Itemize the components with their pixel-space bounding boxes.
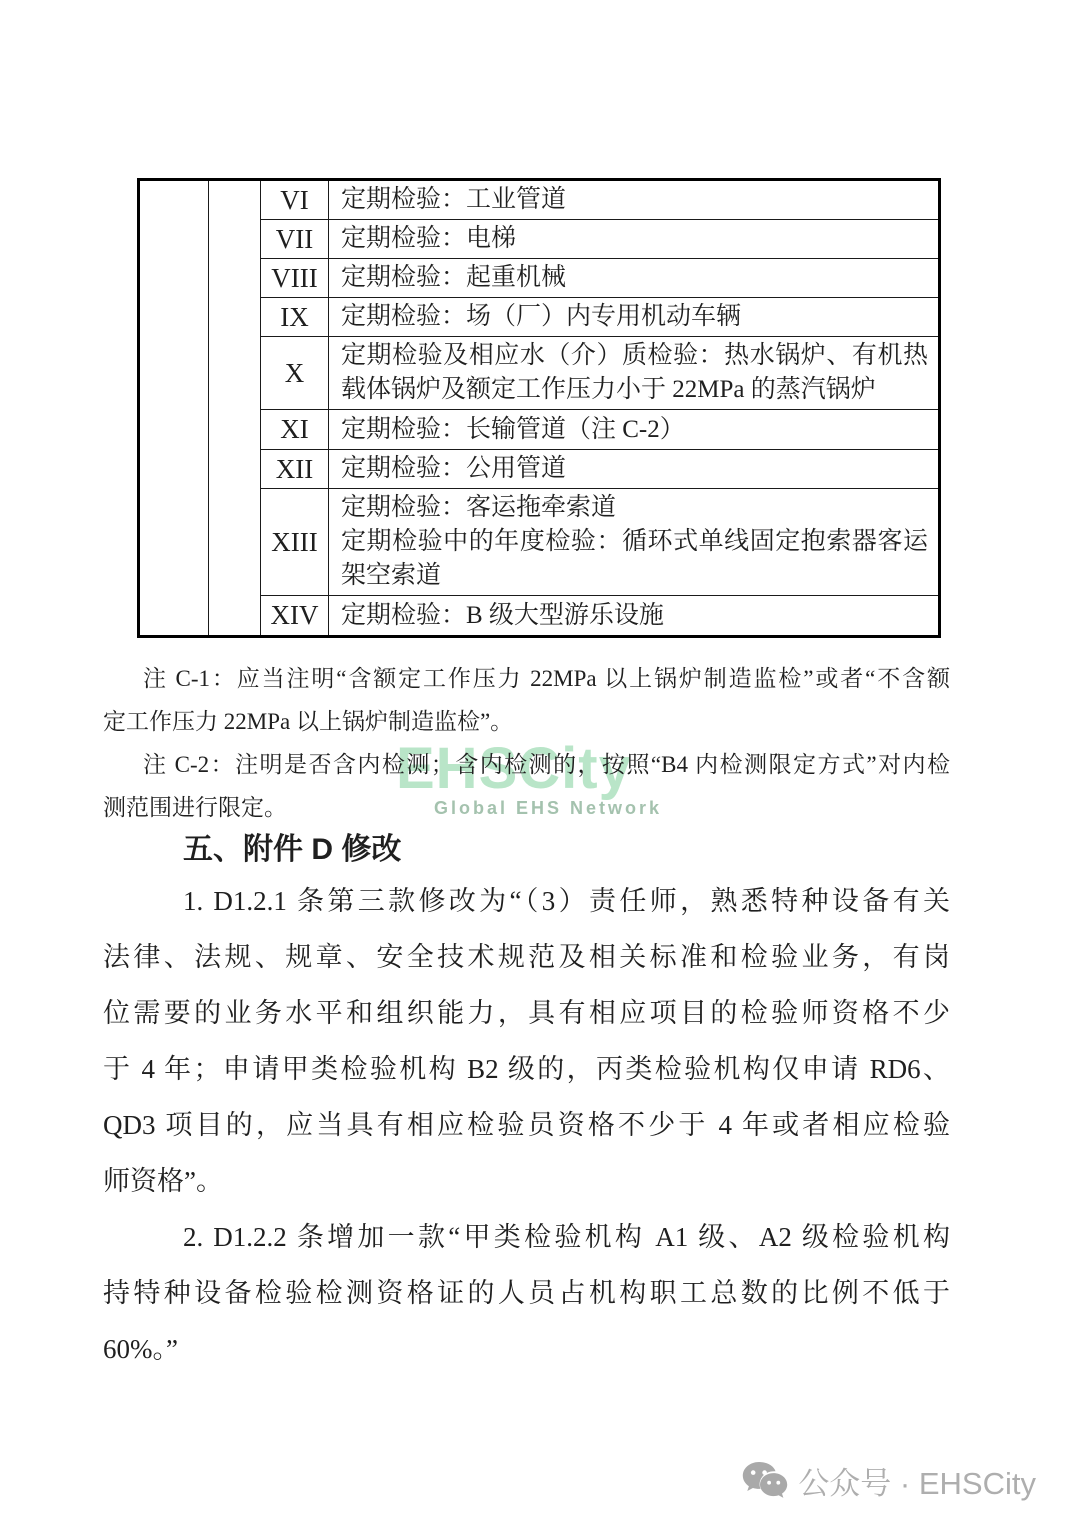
table-rownum-cell: XIV: [261, 596, 329, 637]
table-rownum-cell: X: [261, 337, 329, 410]
table-desc-cell: 定期检验：客运拖牵索道 定期检验中的年度检验：循环式单线固定抱索器客运架空索道: [329, 489, 940, 596]
note-line: 定工作压力 22MPa 以上锅炉制造监检”。: [103, 700, 950, 743]
table-desc-cell: 定期检验：工业管道: [329, 180, 940, 220]
note-line: 注 C-2：注明是否含内检测；含内检测的，按照“B4 内检测限定方式”对内检: [103, 743, 950, 786]
paragraph-d121: 1. D1.2.1 条第三款修改为“（3）责任师，熟悉特种设备有关 法律、法规、…: [103, 873, 950, 1209]
note-line: 测范围进行限定。: [103, 786, 950, 829]
table-desc-cell: 定期检验：公用管道: [329, 450, 940, 489]
paragraph-d122: 2. D1.2.2 条增加一款“甲类检验机构 A1 级、A2 级检验机构 持特种…: [103, 1209, 950, 1377]
note-c1: 注 C-1：应当注明“含额定工作压力 22MPa 以上锅炉制造监检”或者“不含额…: [103, 657, 950, 743]
table-desc-cell: 定期检验及相应水（介）质检验：热水锅炉、有机热载体锅炉及额定工作压力小于 22M…: [329, 337, 940, 410]
table-desc-cell: 定期检验：场（厂）内专用机动车辆: [329, 298, 940, 337]
table-rownum-cell: IX: [261, 298, 329, 337]
wechat-icon: [742, 1461, 788, 1501]
paragraph-line: 60%。”: [103, 1321, 950, 1377]
paragraph-line: 法律、法规、规章、安全技术规范及相关标准和检验业务，有岗: [103, 929, 950, 985]
table-rownum-cell: VI: [261, 180, 329, 220]
table-cell-line: 定期检验：客运拖牵索道: [341, 491, 928, 525]
table-rownum-cell: XII: [261, 450, 329, 489]
table-desc-cell: 定期检验：B 级大型游乐设施: [329, 596, 940, 637]
table-row: VI 定期检验：工业管道: [139, 180, 940, 220]
paragraph-line: 1. D1.2.1 条第三款修改为“（3）责任师，熟悉特种设备有关: [103, 873, 950, 929]
table-rownum-cell: XIII: [261, 489, 329, 596]
table-empty-cell: [209, 180, 261, 637]
paragraph-line: 2. D1.2.2 条增加一款“甲类检验机构 A1 级、A2 级检验机构: [103, 1209, 950, 1265]
note-line: 注 C-1：应当注明“含额定工作压力 22MPa 以上锅炉制造监检”或者“不含额: [103, 657, 950, 700]
table-rownum-cell: VII: [261, 220, 329, 259]
paragraph-line: 持特种设备检验检测资格证的人员占机构职工总数的比例不低于: [103, 1265, 950, 1321]
table-desc-cell: 定期检验：长输管道（注 C-2）: [329, 410, 940, 450]
table-empty-cell: [139, 180, 209, 637]
section-heading: 五、附件 D 修改: [103, 831, 950, 869]
text-block: 注 C-1：应当注明“含额定工作压力 22MPa 以上锅炉制造监检”或者“不含额…: [103, 657, 950, 1377]
paragraph-line: 于 4 年；申请甲类检验机构 B2 级的，丙类检验机构仅申请 RD6、: [103, 1041, 950, 1097]
wechat-footer: 公众号 · EHSCity: [742, 1458, 1036, 1503]
wechat-account-label: 公众号 · EHSCity: [798, 1458, 1036, 1503]
note-c2: 注 C-2：注明是否含内检测；含内检测的，按照“B4 内检测限定方式”对内检 测…: [103, 743, 950, 829]
document-content: VI 定期检验：工业管道 VII 定期检验：电梯 VIII 定期检验：起重机械 …: [0, 178, 1080, 1377]
paragraph-line: QD3 项目的，应当具有相应检验员资格不少于 4 年或者相应检验: [103, 1097, 950, 1153]
table-rownum-cell: VIII: [261, 259, 329, 298]
paragraph-line: 师资格”。: [103, 1153, 950, 1209]
paragraph-line: 位需要的业务水平和组织能力，具有相应项目的检验师资格不少: [103, 985, 950, 1041]
table-desc-cell: 定期检验：起重机械: [329, 259, 940, 298]
document-page: EHSCity Global EHS Network VI 定期检验：工业管道 …: [0, 0, 1080, 1527]
table-rownum-cell: XI: [261, 410, 329, 450]
table-desc-cell: 定期检验：电梯: [329, 220, 940, 259]
inspection-items-table: VI 定期检验：工业管道 VII 定期检验：电梯 VIII 定期检验：起重机械 …: [137, 178, 941, 638]
table-cell-line: 定期检验中的年度检验：循环式单线固定抱索器客运架空索道: [341, 525, 928, 593]
